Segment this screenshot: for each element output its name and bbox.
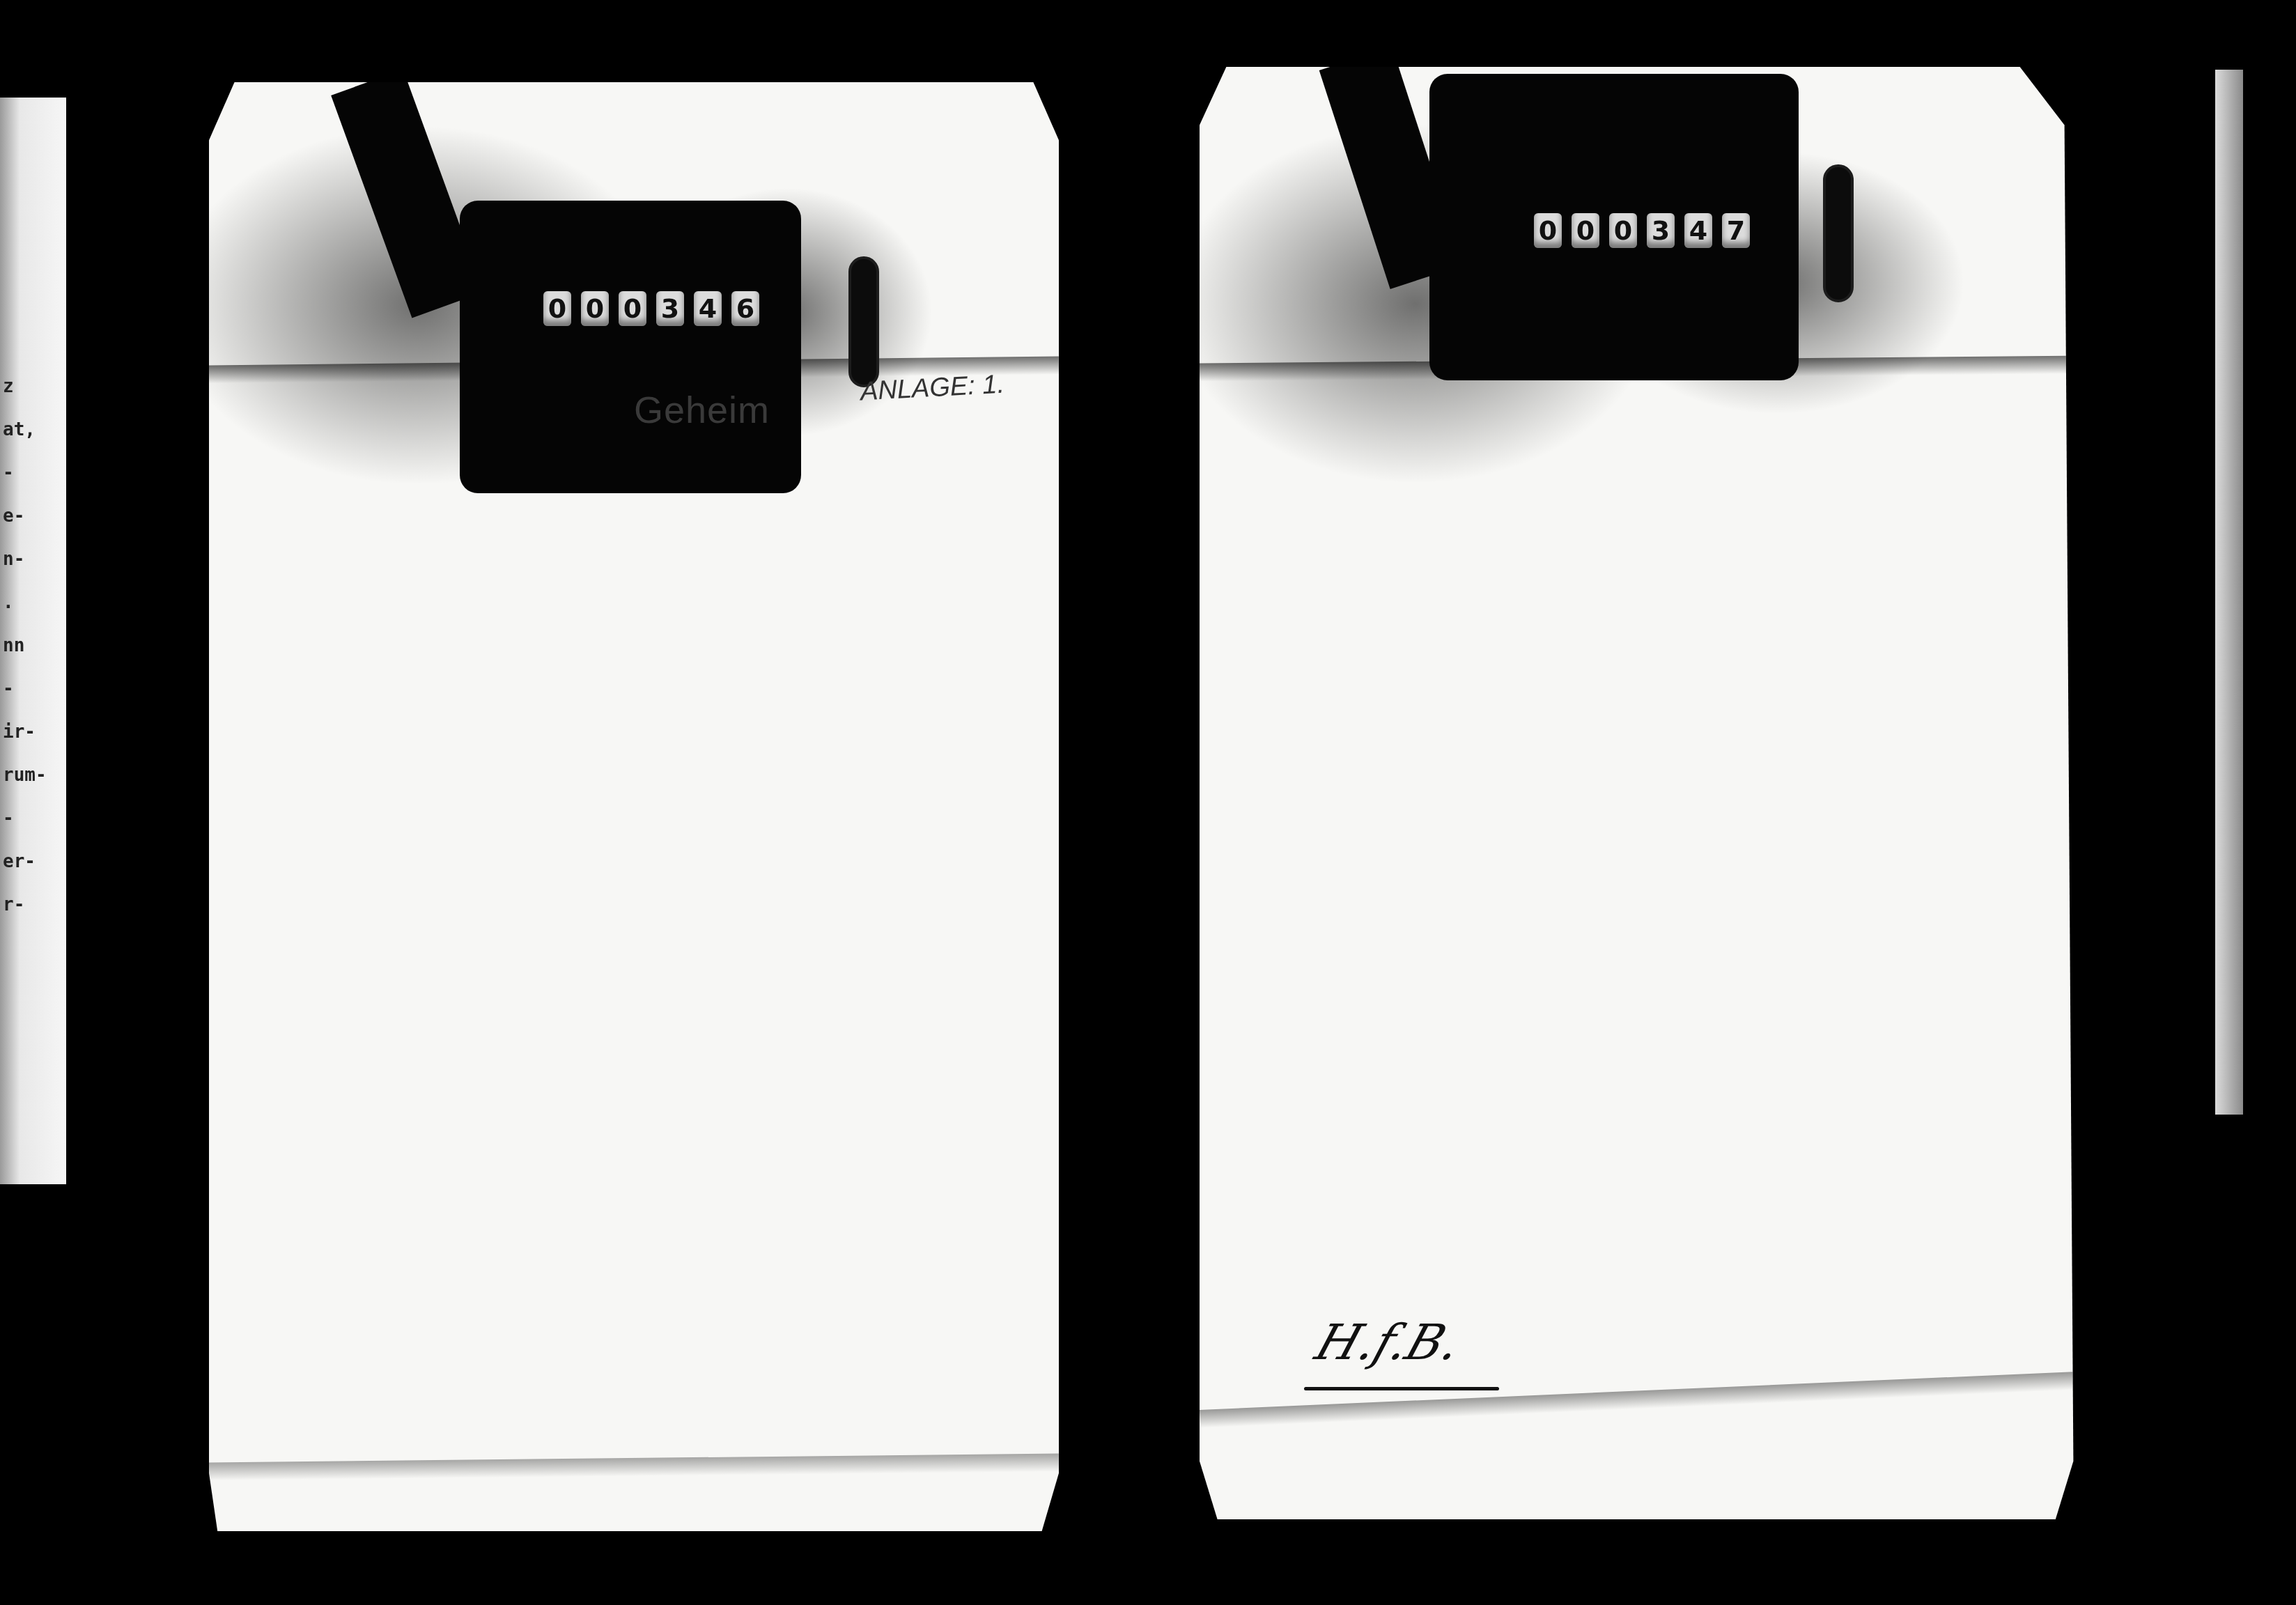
next-frame-strip bbox=[2215, 70, 2243, 1115]
counter-digit: 6 bbox=[731, 291, 759, 326]
counter-digit: 4 bbox=[694, 291, 722, 326]
document-page-right: 000347 H.f.B. bbox=[1200, 67, 2091, 1519]
frame-counter: 000346 bbox=[460, 201, 801, 493]
counter-knob bbox=[848, 256, 879, 387]
strip-text-fragment: at, bbox=[3, 419, 36, 440]
counter-digit: 0 bbox=[1534, 213, 1562, 248]
counter-digit: 0 bbox=[581, 291, 609, 326]
strip-text-fragment: z bbox=[3, 376, 14, 397]
strip-text-fragment: r- bbox=[3, 894, 24, 915]
strip-text-fragment: rum- bbox=[3, 765, 47, 786]
handwritten-initials: H.f.B. bbox=[1309, 1314, 1468, 1371]
paper-fold bbox=[1200, 1371, 2091, 1428]
counter-digits: 000347 bbox=[1534, 213, 1750, 248]
initials-underline bbox=[1304, 1387, 1499, 1390]
document-page-left: 000346 Geheim ANLAGE: 1. bbox=[209, 82, 1059, 1531]
previous-frame-strip: zat,-e-n-.nn-ir-rum--er-r- bbox=[0, 98, 66, 1184]
counter-digit: 3 bbox=[1647, 213, 1675, 248]
strip-text-fragment: ir- bbox=[3, 722, 36, 743]
strip-text-fragment: n- bbox=[3, 549, 24, 570]
counter-digit: 7 bbox=[1722, 213, 1750, 248]
strip-text-fragment: nn bbox=[3, 635, 24, 656]
classification-stamp: Geheim bbox=[634, 389, 770, 432]
counter-digit: 0 bbox=[1572, 213, 1599, 248]
strip-text-fragment: - bbox=[3, 808, 14, 829]
strip-text-fragment: . bbox=[3, 592, 14, 613]
strip-text-fragment: er- bbox=[3, 851, 36, 872]
strip-text-fragment: e- bbox=[3, 506, 24, 527]
counter-digit: 3 bbox=[656, 291, 684, 326]
strip-text-fragment: - bbox=[3, 463, 14, 483]
counter-digit: 0 bbox=[543, 291, 571, 326]
counter-knob bbox=[1823, 164, 1854, 302]
frame-counter: 000347 bbox=[1429, 74, 1799, 380]
counter-digit: 0 bbox=[1609, 213, 1637, 248]
paper-fold bbox=[209, 1454, 1059, 1481]
counter-digit: 4 bbox=[1684, 213, 1712, 248]
counter-digit: 0 bbox=[619, 291, 646, 326]
strip-text-fragment: - bbox=[3, 679, 14, 699]
counter-digits: 000346 bbox=[543, 291, 759, 326]
